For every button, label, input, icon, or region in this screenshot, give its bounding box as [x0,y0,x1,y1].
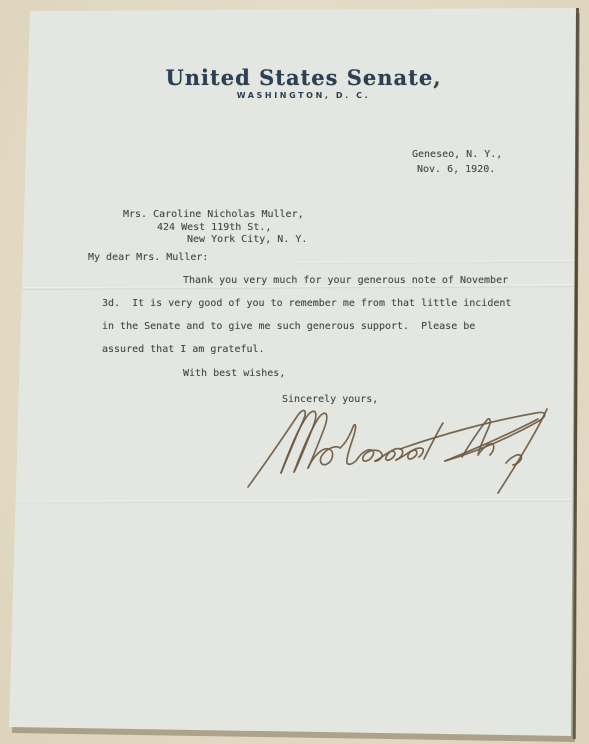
signature-flourish [445,419,538,461]
dateline-date: Nov. 6, 1920. [417,164,495,176]
recipient-city: New York City, N. Y. [187,234,307,246]
recipient-street: 424 West 119th St., [157,222,271,234]
letterhead-city: WASHINGTON, D. C. [30,92,577,101]
dateline-place: Geneseo, N. Y., [412,149,502,161]
body-line-1: Thank you very much for your generous no… [183,275,508,287]
signature-wadsworth-autograph [240,403,580,503]
fold-crease-partial [290,260,576,265]
signature-stroke [424,423,443,459]
letter-photograph: United States Senate, WASHINGTON, D. C. … [0,0,589,744]
letter-sheet: United States Senate, WASHINGTON, D. C. … [0,0,589,744]
signature-jr-slash [498,409,547,493]
body-line-4: assured that I am grateful. [102,344,265,356]
salutation: My dear Mrs. Muller: [88,252,208,264]
signature-stroke [340,425,358,465]
body-line-3: in the Senate and to give me such genero… [102,321,475,333]
signature-stroke [396,450,417,460]
signature-stroke [248,410,305,487]
pre-closing: With best wishes, [183,368,285,380]
recipient-name: Mrs. Caroline Nicholas Muller, [123,209,304,221]
letterhead-organization: United States Senate, [30,66,577,89]
body-line-2: 3d. It is very good of you to remember m… [102,298,511,310]
